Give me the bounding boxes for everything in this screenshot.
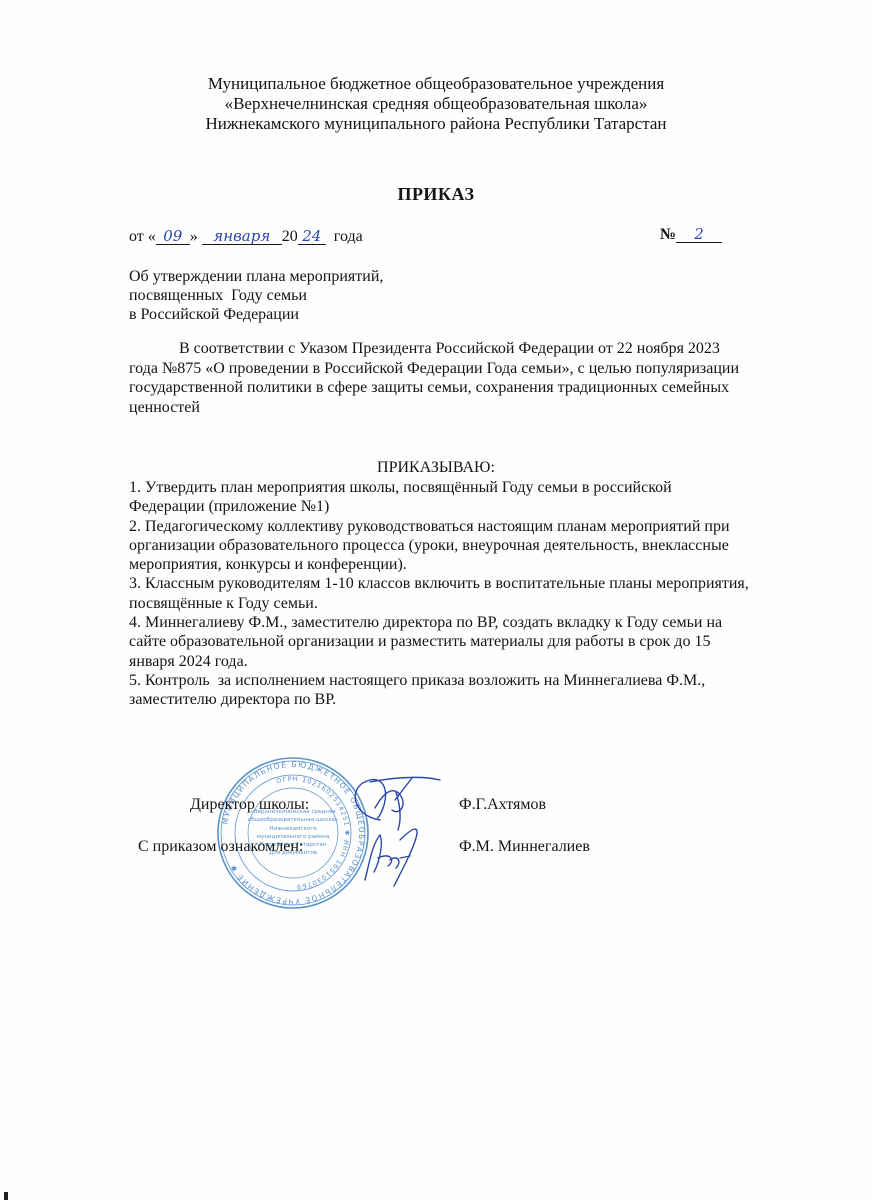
svg-text:общеобразовательная школа»: общеобразовательная школа»: [248, 817, 339, 823]
item-line: 4. Миннегалиеву Ф.М., заместителю директ…: [129, 613, 799, 632]
date-year-prefix: 20: [282, 228, 298, 245]
document-title: ПРИКАЗ: [0, 184, 872, 205]
acquainted-label: С приказом ознакомлен:: [138, 838, 303, 856]
document-page: Муниципальное бюджетное общеобразователь…: [0, 0, 872, 1200]
number-label: №: [660, 226, 676, 243]
subject-line-3: в Российской Федерации: [129, 305, 383, 324]
item-line: Федерации (приложение №1): [129, 497, 799, 516]
date-mid: »: [190, 228, 198, 245]
director-label: Директор школы:: [190, 796, 309, 814]
preamble-line-3: государственной политики в сфере защиты …: [129, 378, 789, 398]
svg-text:Нижнекамского: Нижнекамского: [269, 826, 317, 832]
preamble-line-2: года №875 «О проведении в Российской Фед…: [129, 359, 789, 379]
item-line: 2. Педагогическому коллективу руководств…: [129, 517, 799, 536]
order-word: ПРИКАЗЫВАЮ:: [0, 459, 872, 477]
item-line: посвящённые к Году семьи.: [129, 594, 799, 613]
number-value: 2: [676, 227, 722, 243]
order-subject: Об утверждении плана мероприятий, посвящ…: [129, 267, 383, 324]
subject-line-1: Об утверждении плана мероприятий,: [129, 267, 383, 286]
acquaintance-signature-icon: [350, 820, 430, 890]
date-year-suffix: 24: [298, 229, 326, 245]
preamble: В соответствии с Указом Президента Росси…: [129, 339, 789, 417]
item-line: 3. Классным руководителям 1-10 классов в…: [129, 574, 799, 593]
acquainted-name: Ф.М. Миннегалиев: [459, 838, 590, 856]
item-line: 1. Утвердить план мероприятия школы, пос…: [129, 478, 799, 497]
scan-artifact: [4, 1192, 8, 1200]
item-line: января 2024 года.: [129, 652, 799, 671]
order-items: 1. Утвердить план мероприятия школы, пос…: [129, 478, 799, 710]
item-line: 5. Контроль за исполнением настоящего пр…: [129, 671, 799, 690]
date-line: от «09» января2024 года: [129, 228, 363, 246]
item-line: сайте образовательной организации и разм…: [129, 632, 799, 651]
date-month: января: [202, 229, 282, 245]
item-line: заместителю директора по ВР.: [129, 690, 799, 709]
institution-header: Муниципальное бюджетное общеобразователь…: [0, 74, 872, 134]
preamble-line-1: В соответствии с Указом Президента Росси…: [129, 339, 789, 359]
item-line: организации образовательного процесса (у…: [129, 536, 799, 555]
header-line-2: «Верхнечелнинская средняя общеобразовате…: [0, 94, 872, 114]
header-line-1: Муниципальное бюджетное общеобразователь…: [0, 74, 872, 94]
header-line-3: Нижнекамского муниципального района Респ…: [0, 114, 872, 134]
preamble-line-4: ценностей: [129, 398, 789, 418]
date-day: 09: [156, 229, 190, 245]
director-name: Ф.Г.Ахтямов: [459, 796, 546, 814]
date-suffix: года: [334, 228, 363, 245]
subject-line-2: посвященных Году семьи: [129, 286, 383, 305]
order-number: №2: [660, 226, 722, 244]
date-prefix: от «: [129, 228, 156, 245]
item-line: мероприятия, конкурсы и конференции).: [129, 555, 799, 574]
